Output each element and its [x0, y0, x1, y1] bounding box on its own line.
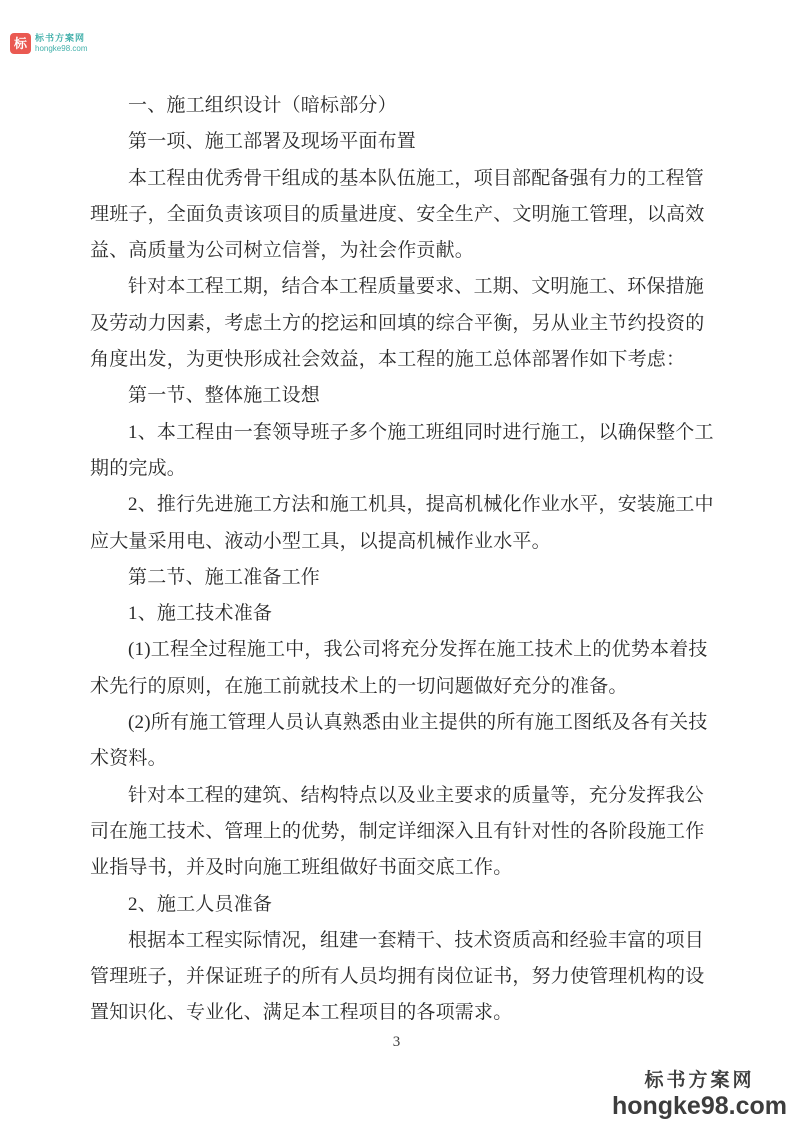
text-line: 管理班子，并保证班子的所有人员均拥有岗位证书，努力使管理机构的设 — [90, 959, 710, 995]
site-watermark: 标书方案网 hongke98.com — [612, 1069, 787, 1120]
document-body: 一、施工组织设计（暗标部分）第一项、施工部署及现场平面布置本工程由优秀骨干组成的… — [90, 88, 710, 1032]
text-line: 角度出发，为更快形成社会效益，本工程的施工总体部署作如下考虑： — [90, 342, 710, 378]
site-name: 标书方案网 — [612, 1069, 787, 1093]
text-line: 2、施工人员准备 — [90, 887, 710, 923]
text-line: 一、施工组织设计（暗标部分） — [90, 88, 710, 124]
corner-site-name: 标书方案网 — [35, 33, 87, 44]
text-line: 针对本工程的建筑、结构特点以及业主要求的质量等，充分发挥我公 — [90, 778, 710, 814]
text-line: 2、推行先进施工方法和施工机具，提高机械化作业水平，安装施工中 — [90, 487, 710, 523]
corner-site-url: hongke98.com — [35, 44, 87, 54]
text-line: 益、高质量为公司树立信誉，为社会作贡献。 — [90, 233, 710, 269]
site-url: hongke98.com — [612, 1093, 787, 1120]
page-number: 3 — [0, 1034, 793, 1051]
text-line: 应大量采用电、液动小型工具，以提高机械作业水平。 — [90, 524, 710, 560]
text-line: 置知识化、专业化、满足本工程项目的各项需求。 — [90, 995, 710, 1031]
document-page: 标 标书方案网 hongke98.com 一、施工组织设计（暗标部分）第一项、施… — [0, 0, 793, 1122]
text-line: 根据本工程实际情况，组建一套精干、技术资质高和经验丰富的项目 — [90, 923, 710, 959]
text-line: 第二节、施工准备工作 — [90, 560, 710, 596]
text-line: (2)所有施工管理人员认真熟悉由业主提供的所有施工图纸及各有关技 — [90, 705, 710, 741]
text-line: 及劳动力因素，考虑土方的挖运和回填的综合平衡，另从业主节约投资的 — [90, 306, 710, 342]
text-line: (1)工程全过程施工中，我公司将充分发挥在施工技术上的优势本着技 — [90, 632, 710, 668]
corner-watermark-text: 标书方案网 hongke98.com — [35, 33, 87, 54]
text-line: 本工程由优秀骨干组成的基本队伍施工，项目部配备强有力的工程管 — [90, 161, 710, 197]
text-line: 司在施工技术、管理上的优势，制定详细深入且有针对性的各阶段施工作 — [90, 814, 710, 850]
text-line: 1、本工程由一套领导班子多个施工班组同时进行施工，以确保整个工 — [90, 415, 710, 451]
text-line: 理班子，全面负责该项目的质量进度、安全生产、文明施工管理，以高效 — [90, 197, 710, 233]
text-line: 针对本工程工期，结合本工程质量要求、工期、文明施工、环保措施 — [90, 269, 710, 305]
text-line: 期的完成。 — [90, 451, 710, 487]
site-logo-icon: 标 — [10, 33, 31, 54]
text-line: 第一项、施工部署及现场平面布置 — [90, 124, 710, 160]
text-line: 第一节、整体施工设想 — [90, 378, 710, 414]
text-line: 术先行的原则，在施工前就技术上的一切问题做好充分的准备。 — [90, 669, 710, 705]
text-line: 1、施工技术准备 — [90, 596, 710, 632]
corner-watermark: 标 标书方案网 hongke98.com — [10, 33, 87, 54]
text-line: 术资料。 — [90, 741, 710, 777]
text-line: 业指导书，并及时向施工班组做好书面交底工作。 — [90, 850, 710, 886]
